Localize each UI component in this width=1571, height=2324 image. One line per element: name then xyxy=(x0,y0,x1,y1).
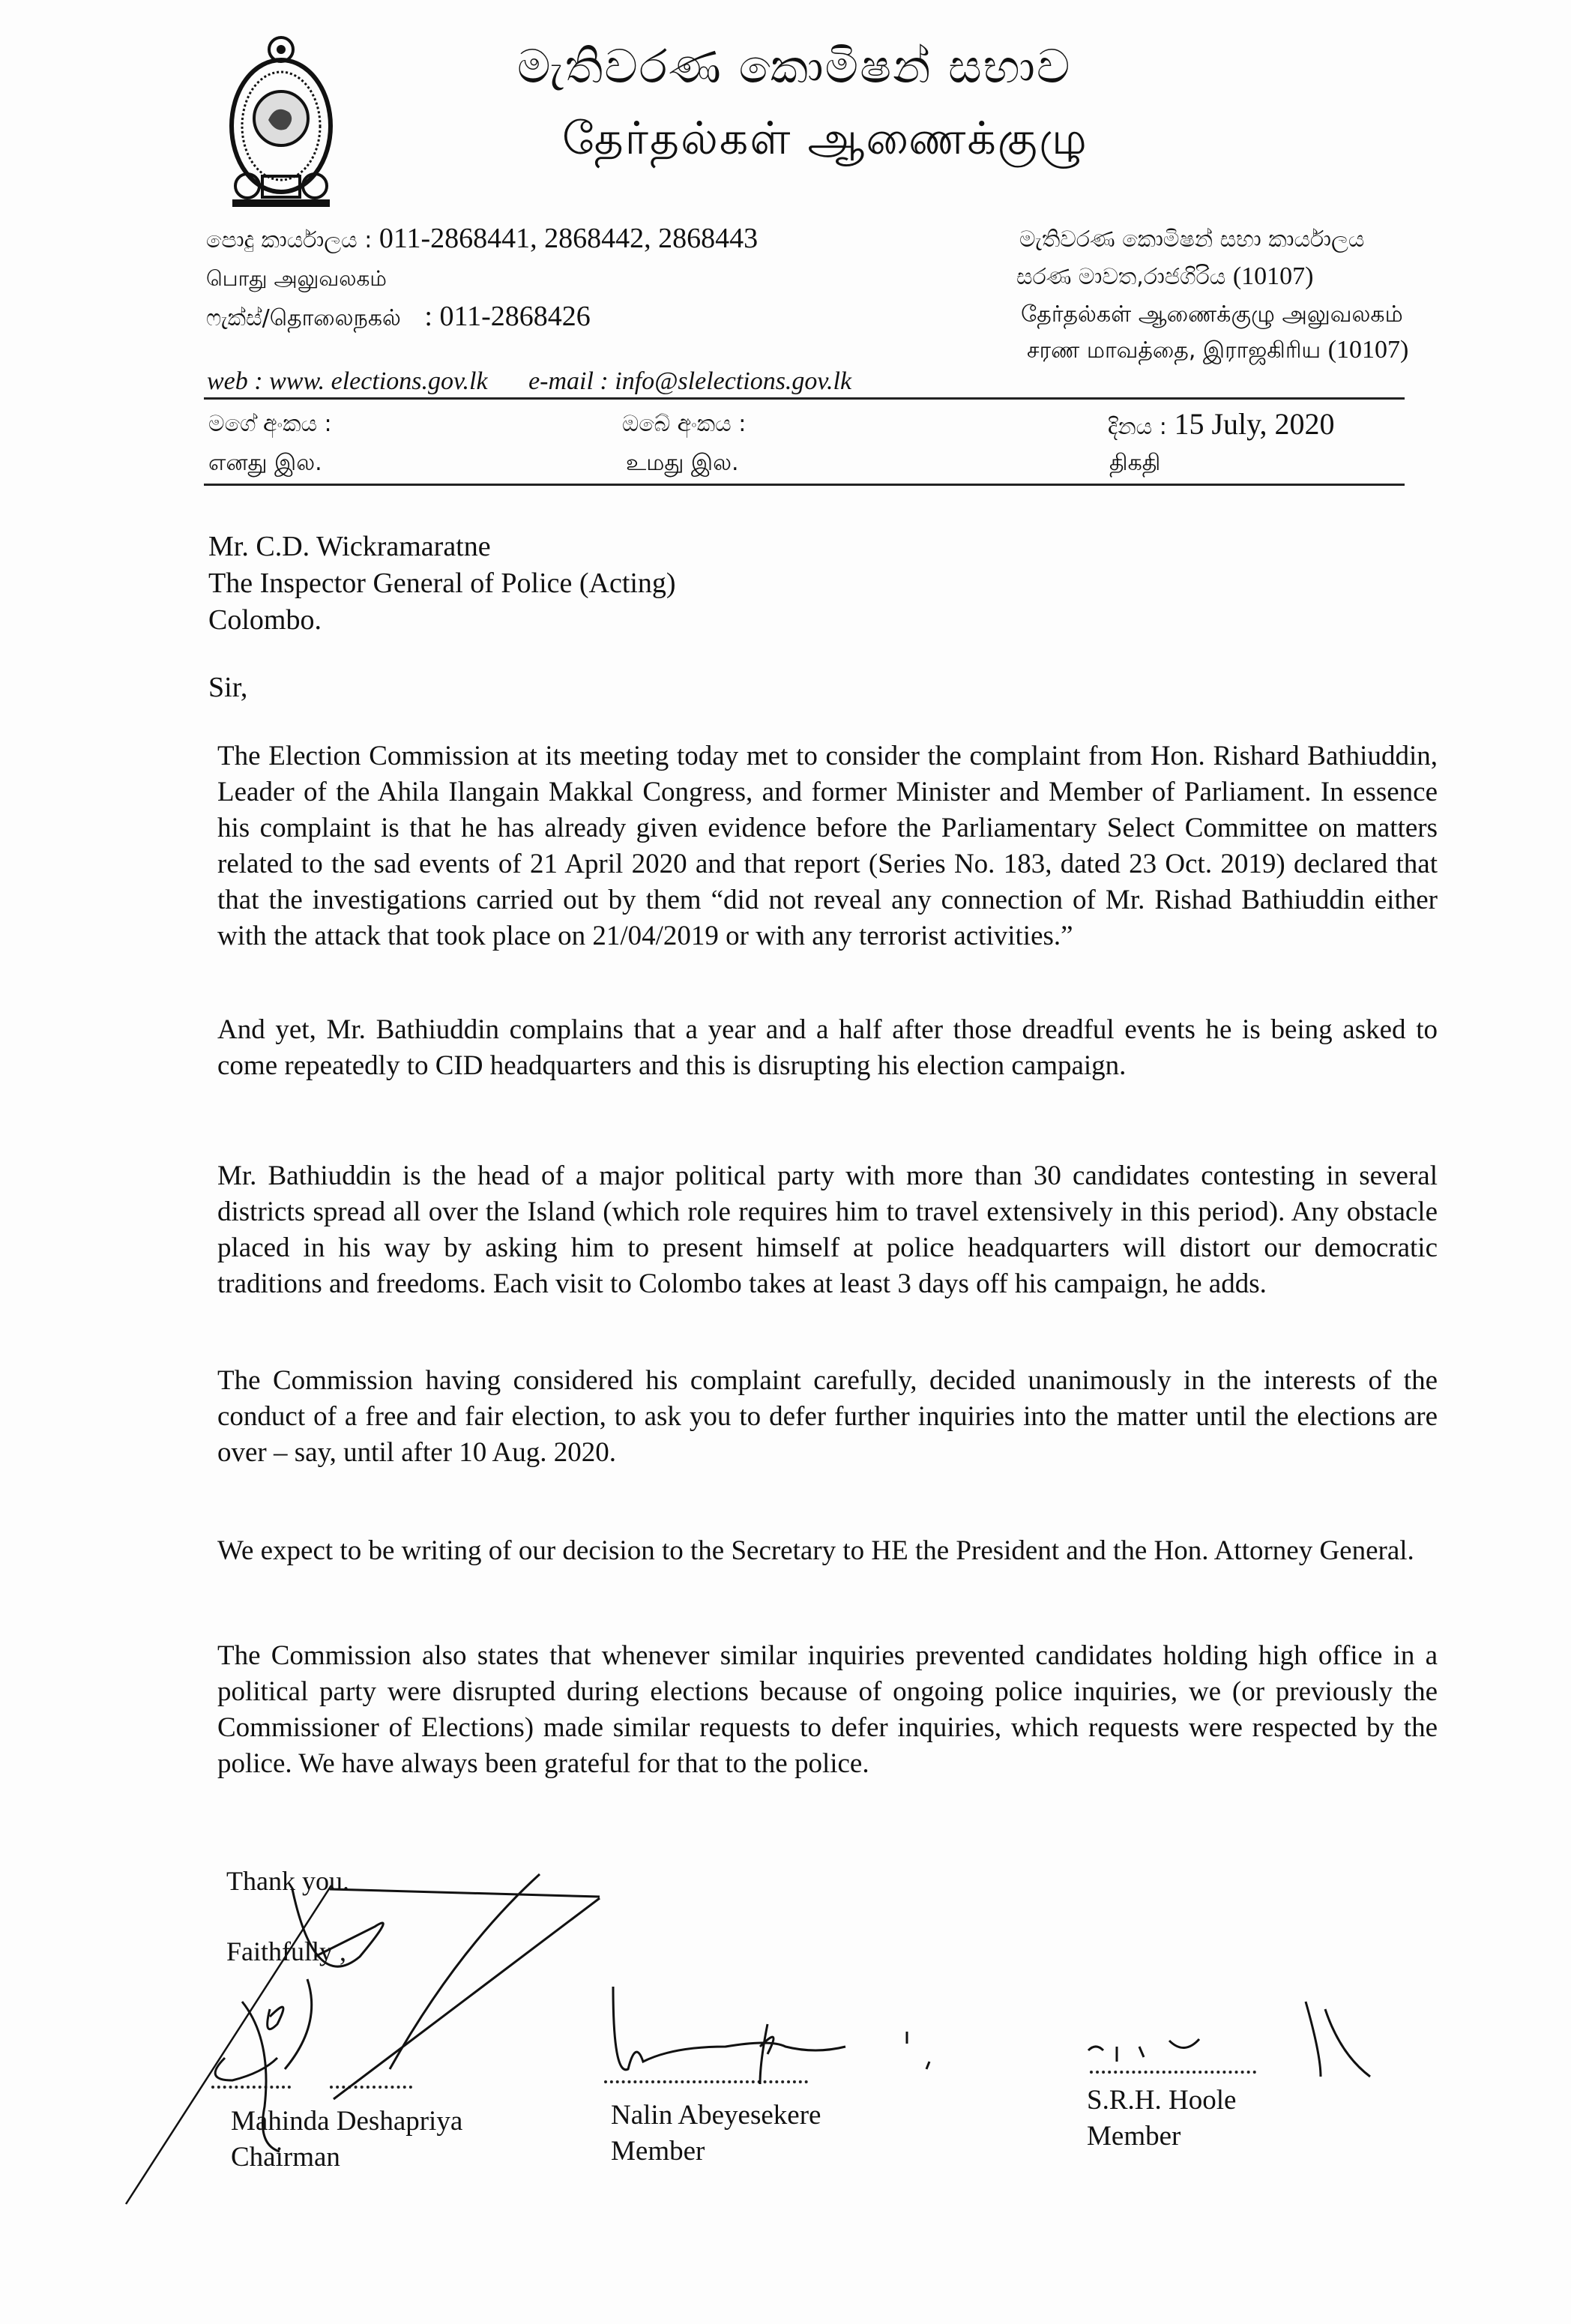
signatory-chairman: Mahinda Deshapriya Chairman xyxy=(231,2104,462,2176)
date-label: දිනය : xyxy=(1108,414,1167,440)
web-email-line: web : www. elections.gov.lk e-mail : inf… xyxy=(207,367,851,396)
addressee-title: The Inspector General of Police (Acting) xyxy=(208,565,676,602)
head-office-phones: 011-2868441, 2868442, 2868443 xyxy=(379,223,758,254)
body-paragraph-6: The Commission also states that whenever… xyxy=(217,1638,1438,1782)
address-sinhala-line2: සරණ මාවත,රාජගිරිය (10107) xyxy=(1016,262,1313,291)
signature-line-member-1 xyxy=(604,2080,808,2083)
signatory-name: Mahinda Deshapriya xyxy=(231,2104,462,2140)
commission-title-sinhala: මැතිවරණ කොමිෂන් සභාව xyxy=(517,39,1072,94)
website-link[interactable]: web : www. elections.gov.lk xyxy=(207,367,488,395)
head-office-label: පොදු කාර්යාලය : xyxy=(206,227,372,253)
signature-line-member-2 xyxy=(1090,2071,1256,2074)
address-sinhala-line1: මැතිවරණ කොමිෂන් සභා කාර්යාලය xyxy=(1019,226,1365,253)
signatory-member-1: Nalin Abeyesekere Member xyxy=(611,2098,821,2170)
signature-line-chairman xyxy=(211,2086,291,2089)
date-label-tamil: திகதி xyxy=(1109,450,1160,479)
body-paragraph-3: Mr. Bathiuddin is the head of a major po… xyxy=(217,1158,1438,1302)
letter-date: 15 July, 2020 xyxy=(1174,407,1334,441)
body-paragraph-2: And yet, Mr. Bathiuddin complains that a… xyxy=(217,1012,1438,1084)
signatory-title: Member xyxy=(1087,2119,1236,2155)
addressee-block: Mr. C.D. Wickramaratne The Inspector Gen… xyxy=(208,529,676,639)
fax-line: ෆැක්ස්/தொலைநகல் : 011-2868426 xyxy=(206,300,591,334)
commission-title-tamil: தேர்தல்கள் ஆணைக்குழு xyxy=(562,112,1088,171)
state-emblem-icon xyxy=(225,30,337,210)
head-office-phone-line: පොදු කාර්යාලය : 011-2868441, 2868442, 28… xyxy=(206,222,758,255)
signatory-name: Nalin Abeyesekere xyxy=(611,2098,821,2134)
signatory-member-2: S.R.H. Hoole Member xyxy=(1087,2083,1236,2155)
body-paragraph-5: We expect to be writing of our decision … xyxy=(217,1533,1438,1569)
salutation: Sir, xyxy=(208,671,247,704)
my-reference-label: මගේ අංකය : xyxy=(208,411,332,437)
reference-divider xyxy=(204,484,1405,486)
signature-line-chairman-right xyxy=(330,2086,412,2089)
addressee-name: Mr. C.D. Wickramaratne xyxy=(208,529,676,565)
fax-label: ෆැක්ස්/தொலைநகல் xyxy=(206,305,401,331)
your-reference-label-tamil: உமது இல. xyxy=(626,450,739,479)
address-tamil-line1: தேர்தல்கள் ஆணைக்குழு அலுவலகம் xyxy=(1021,301,1403,331)
addressee-city: Colombo. xyxy=(208,602,676,639)
head-office-label-tamil: பொது அலுவலகம் xyxy=(206,266,387,294)
signatory-title: Member xyxy=(611,2134,821,2170)
signatory-title: Chairman xyxy=(231,2140,462,2176)
body-paragraph-1: The Election Commission at its meeting t… xyxy=(217,738,1438,954)
your-reference-label: ඔබේ අංකය : xyxy=(622,411,746,437)
date-line: දිනය : 15 July, 2020 xyxy=(1108,406,1335,442)
email-link[interactable]: e-mail : info@slelections.gov.lk xyxy=(528,367,851,395)
my-reference-label-tamil: எனது இல. xyxy=(208,450,322,479)
closing-sign-off: Faithfully , xyxy=(226,1936,346,1967)
body-paragraph-4: The Commission having considered his com… xyxy=(217,1363,1438,1471)
closing-thanks: Thank you. xyxy=(226,1865,349,1897)
address-tamil-line2: சரண மாவத்தை, இராஜகிரிய (10107) xyxy=(1027,336,1408,367)
fax-number: : 011-2868426 xyxy=(424,301,590,332)
signatory-name: S.R.H. Hoole xyxy=(1087,2083,1236,2119)
header-divider xyxy=(204,397,1405,400)
